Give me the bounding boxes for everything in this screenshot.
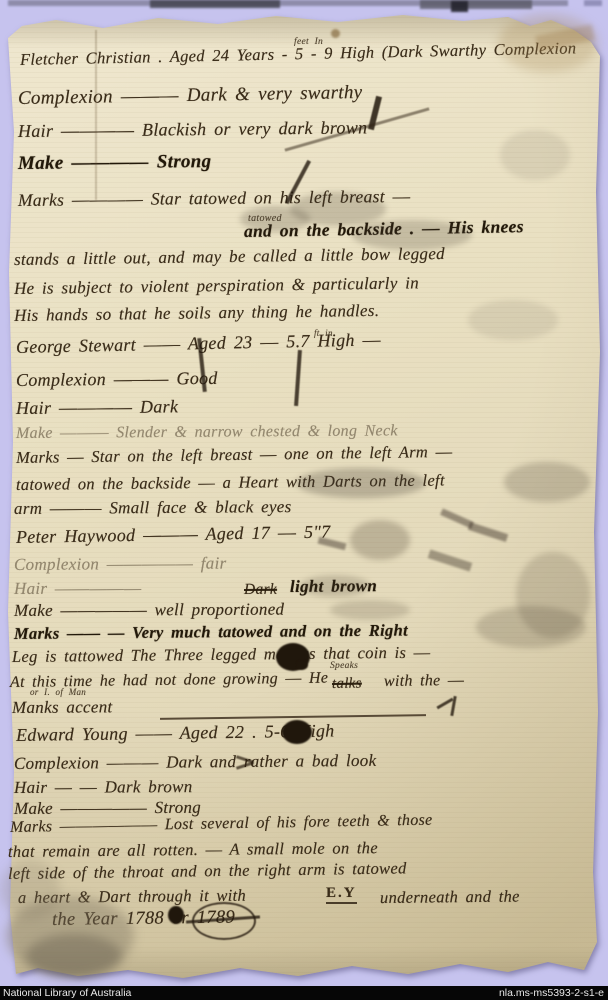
paper-shadow-wrap (0, 0, 608, 1000)
institution-label: National Library of Australia (0, 986, 131, 1000)
digitised-manuscript-page: Fletcher Christian . Aged 24 Years - 5 -… (0, 0, 608, 1000)
image-id-label: nla.ms-ms5393-2-s1-e (499, 986, 608, 1000)
manuscript-paper (8, 12, 600, 980)
caption-bar: National Library of Australia nla.ms-ms5… (0, 986, 608, 1000)
